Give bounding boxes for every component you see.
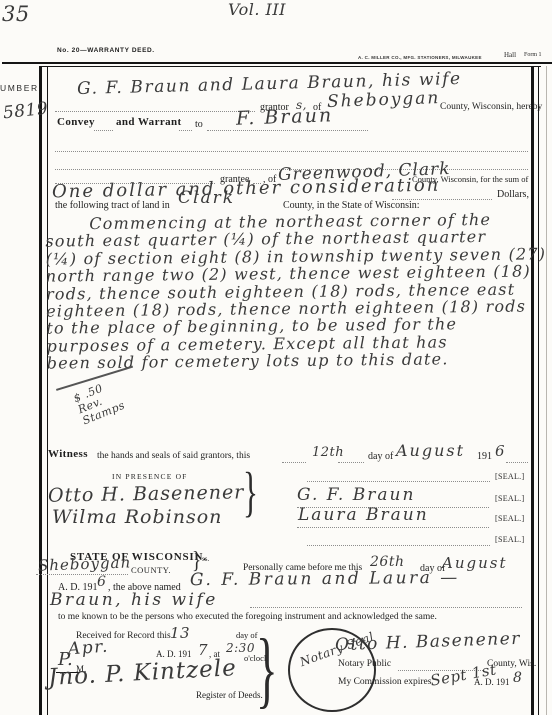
dotted-line [307,480,490,482]
form-title: No. 20—WARRANTY DEED. [57,47,155,54]
presence-label: IN PRESENCE OF [112,472,188,481]
day-of-label: day of [368,451,393,462]
commission-label: My Commission expires [338,677,431,687]
execution-year-digit: 6 [495,442,505,460]
ack-year-digit: 6 [97,574,106,590]
record-month-handwritten: Apr. [67,637,109,660]
grantor-signature-2: Laura Braun [298,505,429,525]
grantor-tail: County, Wisconsin, hereby [440,102,542,112]
execution-day-handwritten: 12th [312,445,344,460]
seal-tag-0: [SEAL.] [495,472,524,481]
ack-county-handwritten: Sheboygan [38,553,132,574]
register-label: Register of Deeds. [196,690,263,700]
document-number: 5819 [2,99,49,124]
consideration-handwritten: One dollar and other consideration [52,175,441,203]
form-mark: Form 1 [524,52,542,58]
notary-title-label: Notary Public [338,659,391,669]
dotted-line [506,461,528,463]
tract-tail: County, in the State of Wisconsin: [283,200,420,211]
ack-county-label: COUNTY. [131,565,171,575]
dotted-line [179,129,192,131]
seal-tag-2: [SEAL.] [495,514,524,523]
dotted-line [55,110,255,112]
record-day-handwritten: 13 [170,624,190,642]
top-rule-heavy [2,62,552,64]
seal-tag-1: [SEAL.] [495,494,524,503]
grantee-name-handwritten: F. Braun [236,104,334,129]
page-number: 35 [2,2,30,26]
record-day-of-label: day of [236,630,257,640]
named-persons-2: Braun, his wife [50,590,218,610]
dotted-line [338,461,364,463]
witness-signature-1: Otto H. Basenener [48,481,245,506]
dollars-label: Dollars, [497,189,529,200]
dotted-line [307,544,490,546]
dotted-line [250,606,522,608]
stationer-mark: Hall [504,51,516,59]
to-word: to [195,119,203,130]
margin-number-label: UMBER [0,83,39,93]
register-signature: Jno. P. Kintzele [47,655,237,691]
execution-month-handwritten: August [396,441,465,460]
top-rule-thin [39,66,541,67]
record-brace: } [256,626,278,712]
revenue-stamp-note: $ .50 Rev. Stamps [72,377,127,427]
dotted-line [94,129,113,131]
left-border-inner [47,66,48,715]
legal-description: Commencing at the northeast corner of th… [45,210,539,372]
dotted-line [297,526,489,528]
dotted-line [282,461,306,463]
page-edge-line [546,66,547,715]
dotted-line [207,129,231,131]
witness-signature-2: Wilma Robinson [52,506,222,528]
witness-word: Witness [48,448,88,460]
execution-year-printed: 191 [477,451,492,462]
known-text: to me known to be the persons who execut… [58,612,437,622]
volume-label: Vol. III [228,0,286,19]
left-border-outer [39,66,42,715]
dotted-line [55,150,528,152]
stationer-imprint: A. C. MILLER CO., MFG. STATIONERS, MILWA… [358,55,482,60]
grantor-signature-1: G. F. Braun [297,485,415,505]
named-persons-1: G. F. Braun and Laura — [190,568,460,590]
witness-brace: } [243,466,258,521]
seal-tag-3: [SEAL.] [495,535,524,544]
witness-text: the hands and seals of said grantors, th… [97,451,250,461]
convey-word: Convey [57,116,95,128]
grantor-county-handwritten: Sheboygan [327,88,441,112]
dotted-line [233,129,368,131]
commission-ad-printed: A. D. 191 [474,677,510,687]
warrant-word: and Warrant [116,116,182,128]
right-border-outer [531,66,534,715]
commission-year-digit: 8 [513,670,522,686]
deed-page: 35 Vol. III No. 20—WARRANTY DEED. A. C. … [0,0,552,715]
right-border-inner [538,66,539,715]
ss-label: ss. [202,555,209,563]
tract-lead: the following tract of land in [55,200,170,211]
tract-county-handwritten: Clark [178,188,235,208]
dotted-line [36,573,128,575]
